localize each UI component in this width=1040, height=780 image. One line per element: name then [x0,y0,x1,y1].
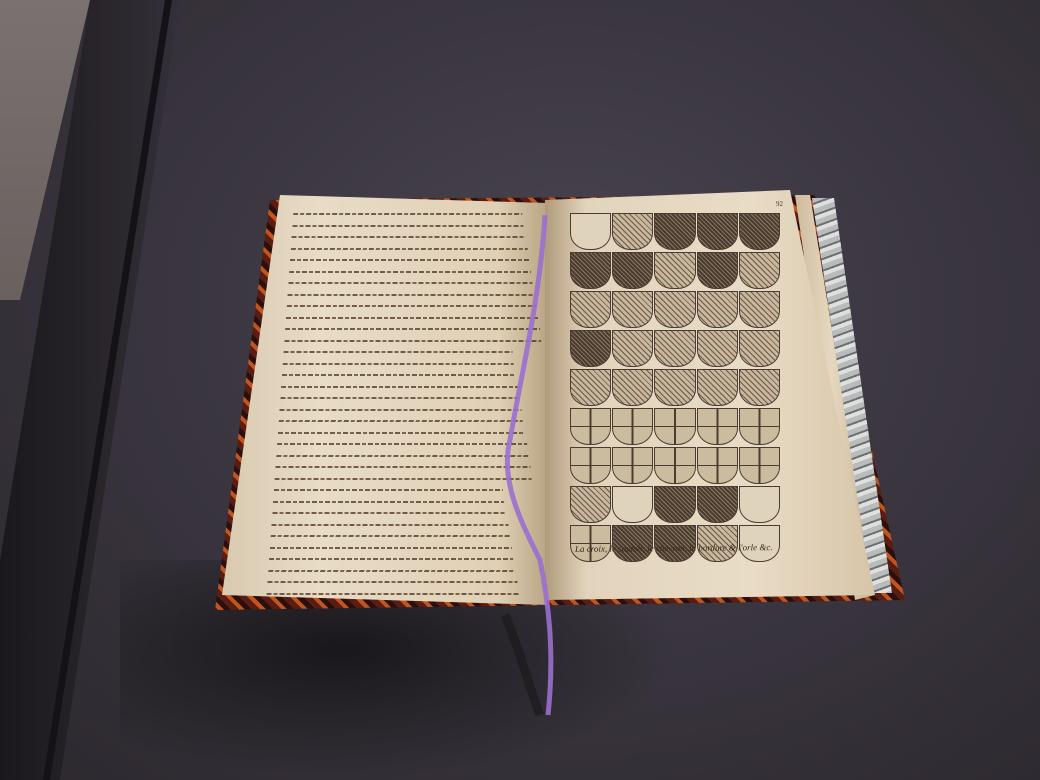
handwritten-line [273,501,505,503]
handwritten-line [271,524,508,526]
handwritten-line [267,581,517,583]
handwritten-line [292,236,526,238]
manuscript-text [267,213,554,593]
heraldic-shield [739,408,780,445]
heraldic-shield [570,252,611,289]
heraldic-shield [612,486,653,523]
handwritten-line [280,397,519,399]
handwritten-line [281,386,518,388]
heraldic-shield [612,369,653,406]
handwritten-line [288,282,533,284]
handwritten-line [293,213,522,215]
heraldic-shield [739,291,780,328]
heraldic-shield [697,213,738,250]
plate-caption: La croix, le sautoir, le chevron, la bor… [575,542,773,554]
handwritten-line [289,271,531,273]
heraldic-shield [739,447,780,484]
heraldic-shield [739,213,780,250]
handwritten-line [268,570,515,572]
handwritten-line [277,443,527,445]
heraldic-plate [570,213,780,533]
handwritten-line [292,225,524,227]
handwritten-line [284,340,542,342]
heraldic-shield [654,213,695,250]
handwritten-line [286,317,538,319]
handwritten-line [269,558,514,560]
heraldic-shield [570,486,611,523]
heraldic-shield [570,330,611,367]
heraldic-shield [612,213,653,250]
heraldic-shield [697,252,738,289]
handwritten-line [276,455,528,457]
heraldic-shield [654,330,695,367]
heraldic-shield [697,447,738,484]
handwritten-line [290,259,529,261]
handwritten-line [285,328,540,330]
handwritten-line [287,305,537,307]
handwritten-line [282,374,516,376]
handwritten-line [272,512,506,514]
handwritten-line [275,466,530,468]
handwritten-line [283,351,512,353]
heraldic-shield [654,291,695,328]
heraldic-shield [739,369,780,406]
heraldic-shield [612,252,653,289]
handwritten-line [267,593,519,595]
heraldic-shield [612,408,653,445]
heraldic-shield [739,330,780,367]
heraldic-shield [612,330,653,367]
heraldic-shield [654,369,695,406]
handwritten-line [279,420,524,422]
heraldic-shield [570,291,611,328]
handwritten-line [291,248,528,250]
handwritten-line [278,432,525,434]
heraldic-shield [697,330,738,367]
heraldic-shield [697,291,738,328]
heraldic-shield [612,447,653,484]
handwritten-line [288,294,535,296]
handwritten-line [271,535,510,537]
heraldic-shield [654,486,695,523]
heraldic-shield [739,486,780,523]
heraldic-shield [739,252,780,289]
heraldic-shield [570,369,611,406]
heraldic-shield [697,408,738,445]
handwritten-line [270,547,512,549]
heraldic-shield [654,447,695,484]
heraldic-shield [570,447,611,484]
heraldic-shield [654,252,695,289]
heraldic-shield [697,486,738,523]
heraldic-shield [654,408,695,445]
handwritten-line [283,363,515,365]
handwritten-line [279,409,521,411]
folio-number: 92 [776,200,783,208]
handwritten-line [274,489,503,491]
heraldic-shield [570,408,611,445]
heraldic-shield [570,213,611,250]
handwritten-line [275,478,533,480]
heraldic-shield [612,291,653,328]
heraldic-shield [697,369,738,406]
